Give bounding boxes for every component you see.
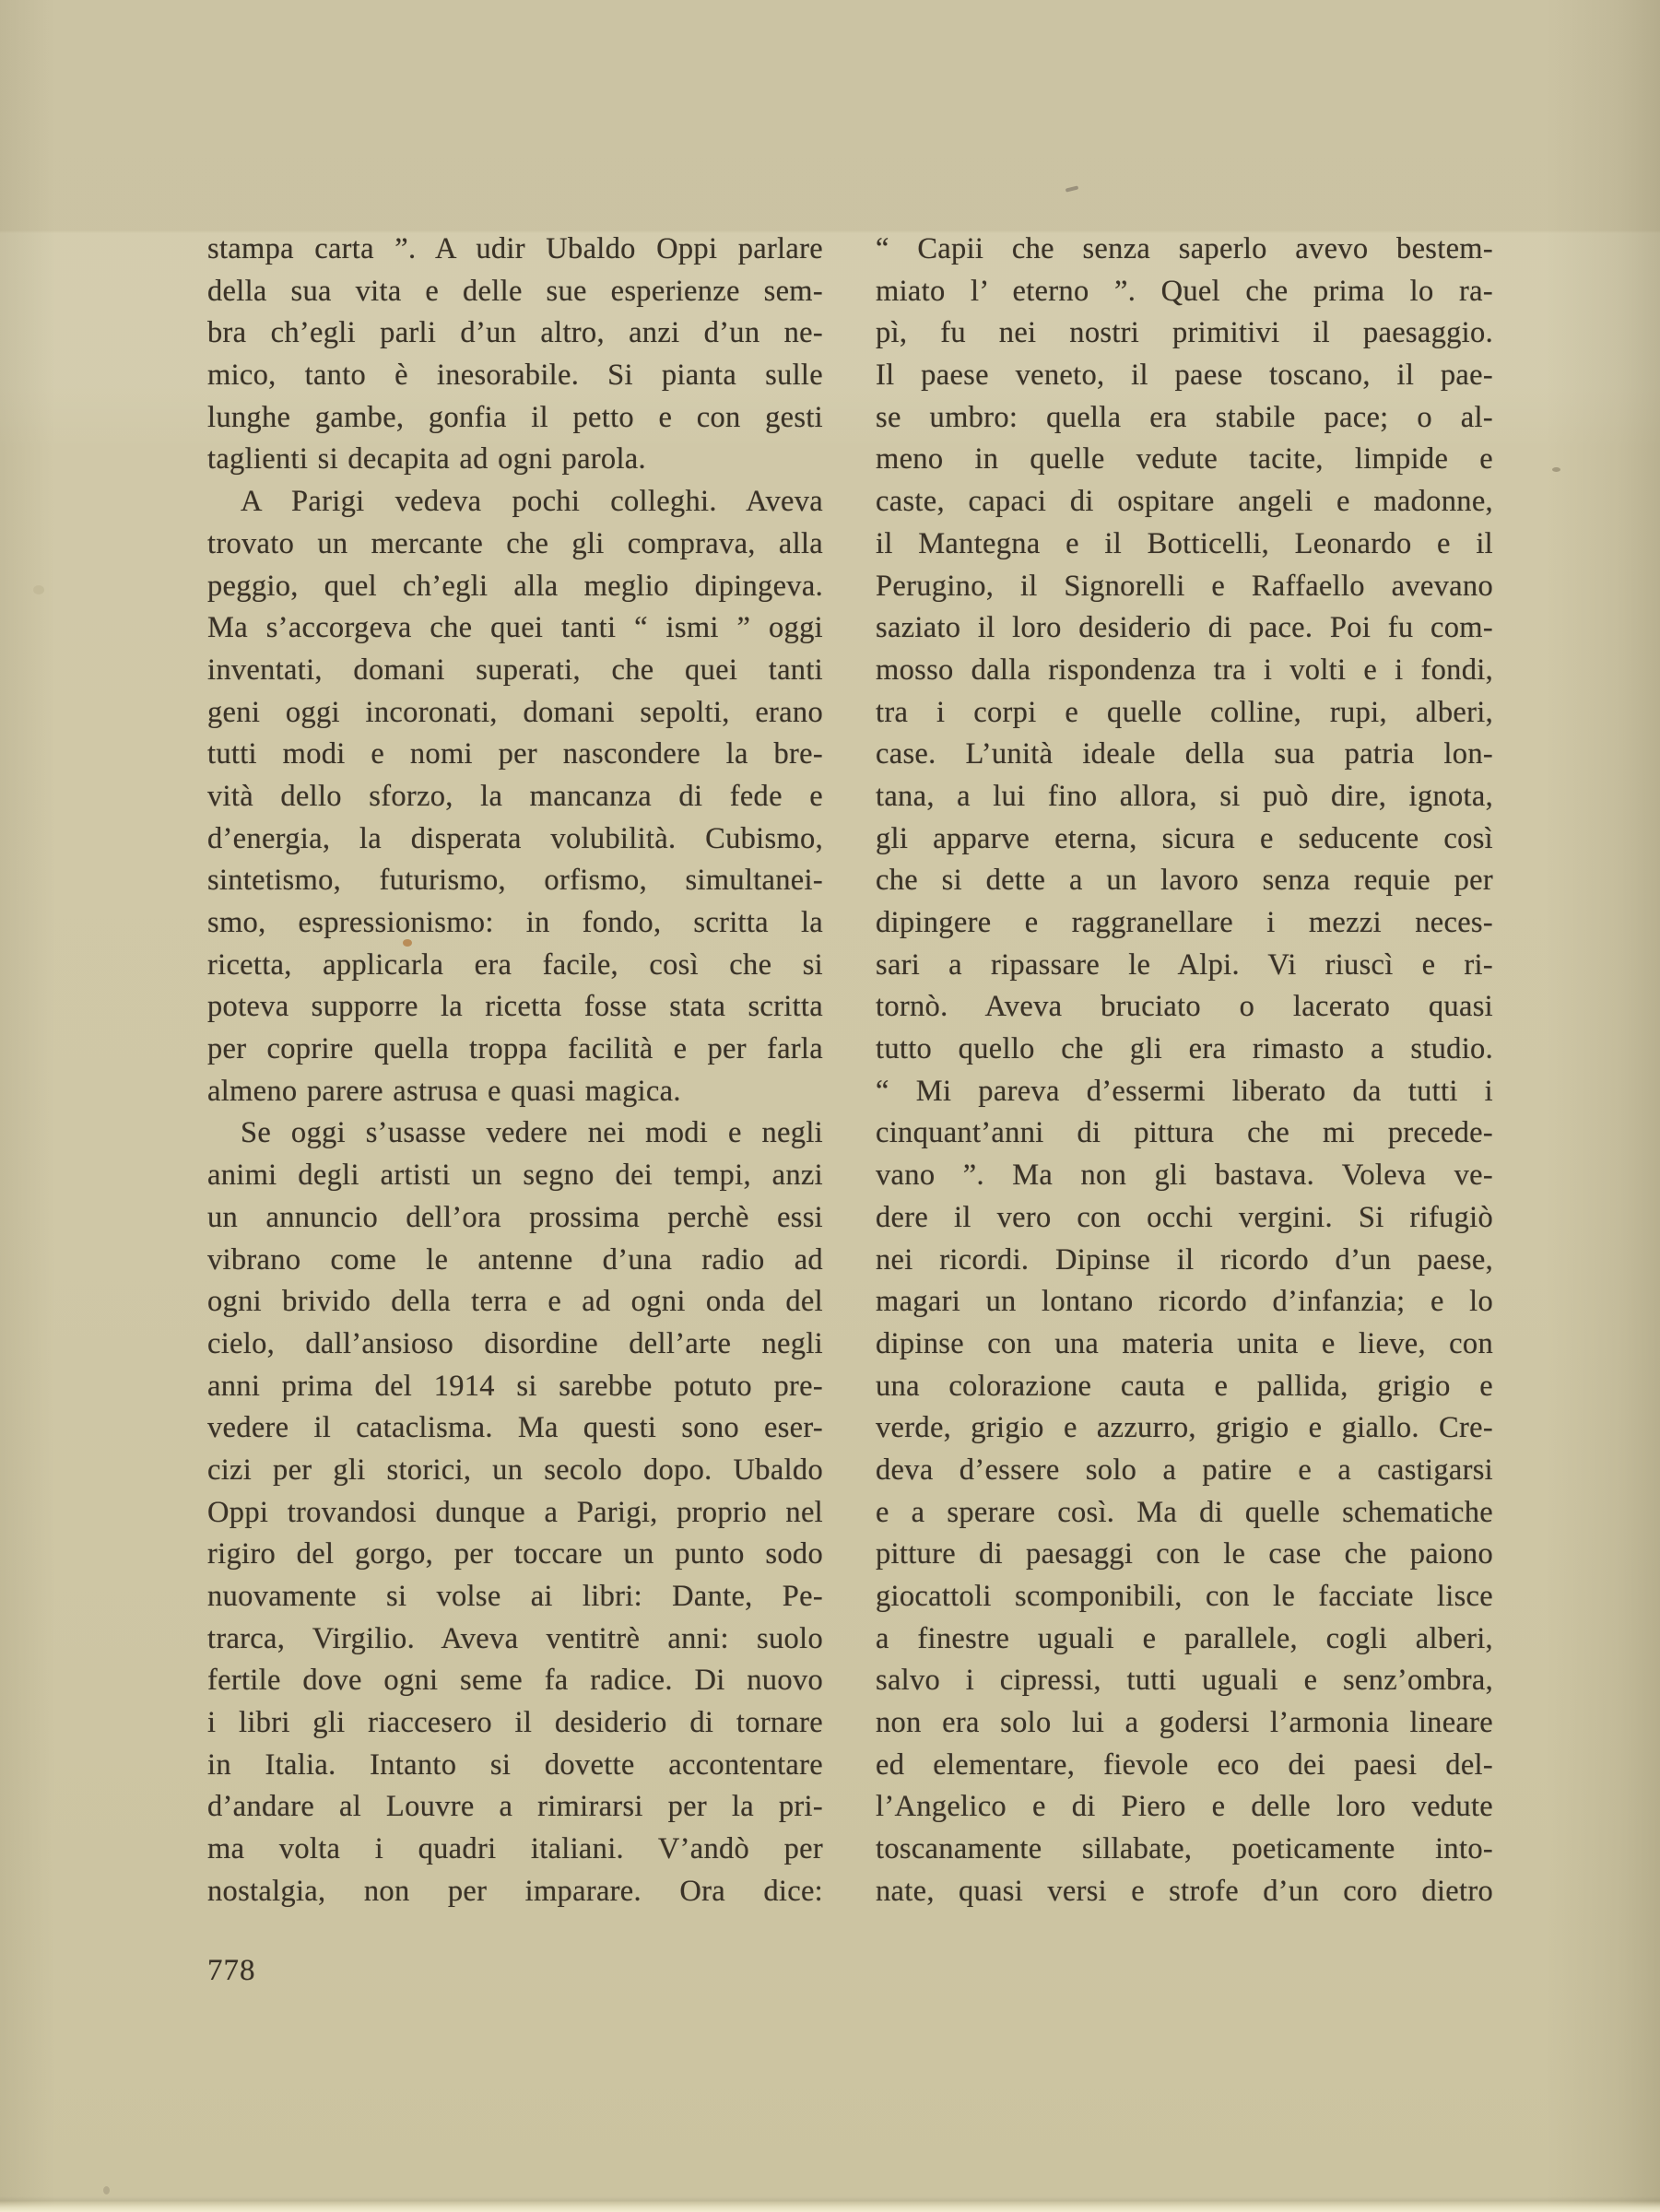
text-line: nostalgia, non per imparare. Ora dice: <box>207 1871 823 1913</box>
text-line: Perugino, il Signorelli e Raffaello avev… <box>876 566 1493 608</box>
text-line: taglienti si decapita ad ogni parola. <box>207 439 823 481</box>
text-line: gli apparve eterna, sicura e seducente c… <box>876 818 1493 861</box>
text-line: un annuncio dell’ora prossima perchè ess… <box>207 1197 823 1240</box>
text-line: deva d’essere solo a patire e a castigar… <box>876 1450 1493 1492</box>
text-line: d’andare al Louvre a rimirarsi per la pr… <box>207 1786 823 1829</box>
text-line: animi degli artisti un segno dei tempi, … <box>207 1155 823 1197</box>
text-line: rigiro del gorgo, per toccare un punto s… <box>207 1534 823 1576</box>
text-line: nate, quasi versi e strofe d’un coro die… <box>876 1871 1493 1913</box>
right-text-column: “ Capii che senza saperlo avevo bestem-m… <box>876 229 1493 1913</box>
scanned-book-page: stampa carta ”. A udir Ubaldo Oppi parla… <box>0 0 1660 2212</box>
text-line: tornò. Aveva bruciato o lacerato quasi <box>876 986 1493 1029</box>
text-line: vedere il cataclisma. Ma questi sono ese… <box>207 1407 823 1450</box>
text-line: ogni brivido della terra e ad ogni onda … <box>207 1281 823 1324</box>
text-line: Il paese veneto, il paese toscano, il pa… <box>876 355 1493 397</box>
left-text-column: stampa carta ”. A udir Ubaldo Oppi parla… <box>207 229 823 1913</box>
text-line: fertile dove ogni seme fa radice. Di nuo… <box>207 1660 823 1702</box>
text-line: vano ”. Ma non gli bastava. Voleva ve- <box>876 1155 1493 1197</box>
text-line: ricetta, applicarla era facile, così che… <box>207 945 823 987</box>
text-line: cielo, dall’ansioso disordine dell’arte … <box>207 1324 823 1366</box>
text-line: i libri gli riaccesero il desiderio di t… <box>207 1702 823 1745</box>
paper-speck <box>1065 185 1079 192</box>
text-line: vibrano come le antenne d’una radio ad <box>207 1240 823 1282</box>
text-line: dipinse con una materia unita e lieve, c… <box>876 1324 1493 1366</box>
text-line: cizi per gli storici, un secolo dopo. Ub… <box>207 1450 823 1492</box>
text-line: dipingere e raggranellare i mezzi neces- <box>876 902 1493 945</box>
text-line: in Italia. Intanto si dovette accontenta… <box>207 1745 823 1787</box>
text-line: stampa carta ”. A udir Ubaldo Oppi parla… <box>207 229 823 271</box>
text-line: magari un lontano ricordo d’infanzia; e … <box>876 1281 1493 1324</box>
text-line: smo, espressionismo: in fondo, scritta l… <box>207 902 823 945</box>
text-line: l’Angelico e di Piero e delle loro vedut… <box>876 1786 1493 1829</box>
text-line: Ma s’accorgeva che quei tanti “ ismi ” o… <box>207 607 823 650</box>
text-line: trovato un mercante che gli comprava, al… <box>207 524 823 566</box>
text-line: inventati, domani superati, che quei tan… <box>207 650 823 692</box>
text-line: d’energia, la disperata volubilità. Cubi… <box>207 818 823 861</box>
paper-speck <box>1552 467 1560 472</box>
paper-speck <box>33 585 44 594</box>
text-line: meno in quelle vedute tacite, limpide e <box>876 439 1493 481</box>
text-line: trarca, Virgilio. Aveva ventitrè anni: s… <box>207 1618 823 1661</box>
text-line: se umbro: quella era stabile pace; o al- <box>876 397 1493 440</box>
text-line: mico, tanto è inesorabile. Si pianta sul… <box>207 355 823 397</box>
text-line: toscanamente sillabate, poeticamente int… <box>876 1829 1493 1871</box>
text-line: cinquant’anni di pittura che mi precede- <box>876 1112 1493 1155</box>
text-line: tutto quello che gli era rimasto a studi… <box>876 1029 1493 1071</box>
text-line: case. L’unità ideale della sua patria lo… <box>876 734 1493 776</box>
text-line: anni prima del 1914 si sarebbe potuto pr… <box>207 1366 823 1408</box>
text-line: pitture di paesaggi con le case che paio… <box>876 1534 1493 1576</box>
text-line: mosso dalla rispondenza tra i volti e i … <box>876 650 1493 692</box>
text-line: ed elementare, fievole eco dei paesi del… <box>876 1745 1493 1787</box>
text-line: il Mantegna e il Botticelli, Leonardo e … <box>876 524 1493 566</box>
text-line: sintetismo, futurismo, orfismo, simultan… <box>207 860 823 902</box>
text-line: lunghe gambe, gonfia il petto e con gest… <box>207 397 823 440</box>
text-line: Se oggi s’usasse vedere nei modi e negli <box>207 1112 823 1155</box>
text-line: che si dette a un lavoro senza requie pe… <box>876 860 1493 902</box>
text-line: “ Mi pareva d’essermi liberato da tutti … <box>876 1071 1493 1113</box>
text-line: geni oggi incoronati, domani sepolti, er… <box>207 692 823 735</box>
text-line: verde, grigio e azzurro, grigio e giallo… <box>876 1407 1493 1450</box>
text-line: non era solo lui a godersi l’armonia lin… <box>876 1702 1493 1745</box>
text-line: a finestre uguali e parallele, cogli alb… <box>876 1618 1493 1661</box>
text-line: A Parigi vedeva pochi colleghi. Aveva <box>207 481 823 524</box>
text-line: vità dello sforzo, la mancanza di fede e <box>207 776 823 818</box>
text-line: una colorazione cauta e pallida, grigio … <box>876 1366 1493 1408</box>
text-line: della sua vita e delle sue esperienze se… <box>207 271 823 313</box>
text-line: nuovamente si volse ai libri: Dante, Pe- <box>207 1576 823 1618</box>
text-line: giocattoli scomponibili, con le facciate… <box>876 1576 1493 1618</box>
text-line: bra ch’egli parli d’un altro, anzi d’un … <box>207 312 823 355</box>
text-line: Oppi trovandosi dunque a Parigi, proprio… <box>207 1492 823 1535</box>
text-line: salvo i cipressi, tutti uguali e senz’om… <box>876 1660 1493 1702</box>
text-line: dere il vero con occhi vergini. Si rifug… <box>876 1197 1493 1240</box>
text-line: nei ricordi. Dipinse il ricordo d’un pae… <box>876 1240 1493 1282</box>
text-line: saziato il loro desiderio di pace. Poi f… <box>876 607 1493 650</box>
text-line: tutti modi e nomi per nascondere la bre- <box>207 734 823 776</box>
text-line: “ Capii che senza saperlo avevo bestem- <box>876 229 1493 271</box>
text-line: sari a ripassare le Alpi. Vi riuscì e ri… <box>876 945 1493 987</box>
text-line: peggio, quel ch’egli alla meglio dipinge… <box>207 566 823 608</box>
text-line: miato l’ eterno ”. Quel che prima lo ra- <box>876 271 1493 313</box>
paper-speck <box>103 2186 110 2194</box>
page-number: 778 <box>207 1950 256 1993</box>
text-line: tra i corpi e quelle colline, rupi, albe… <box>876 692 1493 735</box>
text-line: per coprire quella troppa facilità e per… <box>207 1029 823 1071</box>
text-line: pì, fu nei nostri primitivi il paesaggio… <box>876 312 1493 355</box>
text-line: caste, capaci di ospitare angeli e madon… <box>876 481 1493 524</box>
text-line: almeno parere astrusa e quasi magica. <box>207 1071 823 1113</box>
text-line: ma volta i quadri italiani. V’andò per <box>207 1829 823 1871</box>
text-line: tana, a lui fino allora, si può dire, ig… <box>876 776 1493 818</box>
text-line: poteva supporre la ricetta fosse stata s… <box>207 986 823 1029</box>
text-line: e a sperare così. Ma di quelle schematic… <box>876 1492 1493 1535</box>
